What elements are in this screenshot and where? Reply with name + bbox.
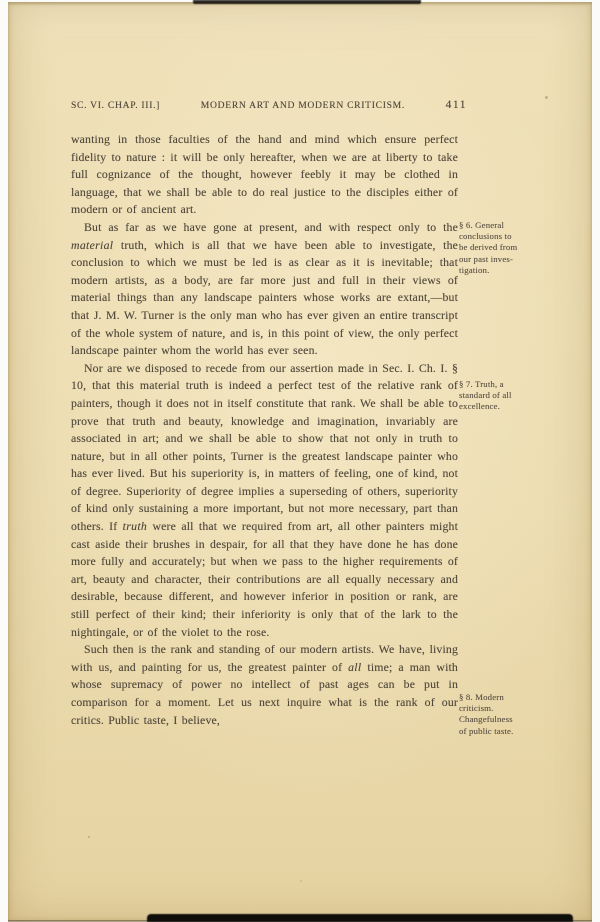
- margin-note-line: § 6. General: [459, 220, 553, 231]
- paper-speck: [545, 96, 548, 99]
- text-run: But as far as we have gone at present, a…: [84, 220, 458, 234]
- running-header: SC. VI. CHAP. III.] MODERN ART AND MODER…: [71, 99, 467, 111]
- text-run: were all that we required from art, all …: [71, 519, 458, 639]
- margin-note-line: § 8. Modern: [459, 692, 553, 703]
- paragraph: Such then is the rank and standing of ou…: [71, 641, 458, 729]
- paragraph: But as far as we have gone at present, a…: [71, 219, 458, 360]
- italic-run: all: [348, 660, 361, 674]
- text-run: truth, which is all that we have been ab…: [71, 238, 458, 358]
- scan-artifact-top: [193, 0, 421, 4]
- margin-note-section-8: § 8. Moderncriticism.Changefulnessof pub…: [459, 692, 553, 737]
- body-text: wanting in those faculties of the hand a…: [71, 131, 458, 729]
- paper-speck: [88, 836, 90, 838]
- italic-run: material: [71, 238, 113, 252]
- margin-note-section-7: § 7. Truth, astandard of allexcellence.: [459, 379, 553, 413]
- margin-note-line: criticism.: [459, 703, 553, 714]
- paragraph: Nor are we disposed to recede from our a…: [71, 360, 458, 642]
- margin-note-line: tigation.: [459, 265, 553, 276]
- italic-run: truth: [123, 519, 147, 533]
- margin-note-line: standard of all: [459, 390, 553, 401]
- header-page-number: 411: [446, 99, 467, 111]
- margin-note-line: § 7. Truth, a: [459, 379, 553, 390]
- text-run: wanting in those faculties of the hand a…: [71, 132, 458, 216]
- header-title: MODERN ART AND MODERN CRITICISM.: [160, 100, 446, 111]
- margin-note-line: be derived from: [459, 242, 553, 253]
- scan-artifact-bottom: [147, 914, 573, 922]
- paper-speck: [300, 880, 302, 882]
- paragraph: wanting in those faculties of the hand a…: [71, 131, 458, 219]
- margin-note-line: excellence.: [459, 401, 553, 412]
- margin-note-line: our past inves-: [459, 254, 553, 265]
- margin-note-line: conclusions to: [459, 231, 553, 242]
- header-section-label: SC. VI. CHAP. III.]: [71, 100, 160, 111]
- text-run: Nor are we disposed to recede from our a…: [71, 361, 458, 533]
- margin-note-section-6: § 6. Generalconclusions tobe derived fro…: [459, 220, 553, 276]
- margin-note-line: of public taste.: [459, 726, 553, 737]
- margin-note-line: Changefulness: [459, 714, 553, 725]
- scanned-book-page: { "page": { "header": { "section": "SC. …: [0, 0, 600, 922]
